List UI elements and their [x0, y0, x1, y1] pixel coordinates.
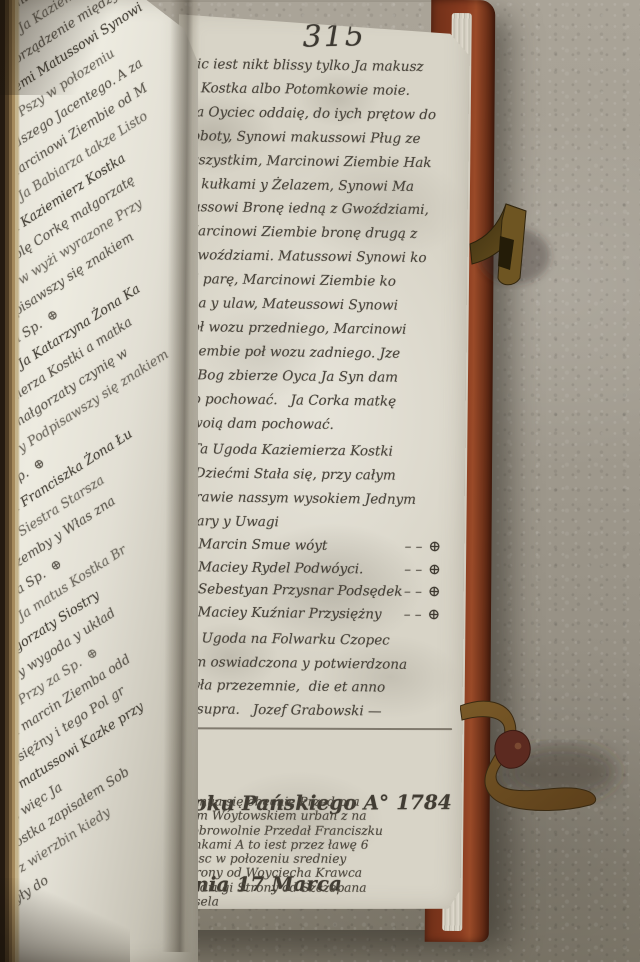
manuscript-line: a z drugi Strony od Szczepana	[179, 880, 453, 895]
manuscript-line: nic iest nikt blissy tylko Ja makusz	[188, 53, 462, 80]
leather-strap-bottom	[460, 676, 640, 856]
manuscript-line: Stanua się obecnie Przed pra	[179, 794, 453, 809]
witness-name: Maciey Rydel Podwóyci.	[198, 559, 363, 577]
agreement-paragraph: Ta Ugoda Kaziemierza Kostkiz Dziećmi Sta…	[183, 437, 458, 536]
manuscript-line: Ta Ugoda Kaziemierza Kostki	[183, 437, 457, 464]
manuscript-line: szesc w połozeniu sredniey	[179, 852, 453, 867]
witness-signature-mark-icon: ⊕	[428, 582, 448, 600]
witness-separator: – –	[363, 561, 428, 578]
manuscript-line: poł wozu przedniego, Marcinowi	[183, 316, 459, 343]
manuscript-line: wem Wóytowskiem urban z na	[179, 809, 453, 824]
manuscript-line: tussowi Bronę iedną z Gwoździami,	[186, 197, 460, 224]
manuscript-line: Marcinowi Ziembie bronę drugą z	[184, 220, 460, 247]
manuscript-line: ni parę, Marcinowi Ziembie ko	[186, 268, 460, 295]
manuscript-line: Prawie nassym wysokiem Jednym	[186, 485, 457, 512]
left-page: ańskiego 1784Dnia 15go StyczniaJa Kaziem…	[0, 0, 198, 962]
binding-edge	[0, 0, 20, 962]
divider-line	[176, 727, 452, 730]
sale-paragraph: Stanua się obecnie Przed prawem Wóytowsk…	[179, 794, 453, 909]
witness-row: Maciey Kuźniar Przysiężny– –⊕	[197, 602, 447, 628]
manuscript-line: Denkami A to iest przez ławę 6	[177, 837, 453, 852]
witness-row: Marcin Smue wóyt– –⊕	[198, 534, 448, 560]
witness-signature-mark-icon: ⊕	[428, 560, 448, 578]
manuscript-line: ut supra. Jozef Grabowski —	[178, 698, 454, 725]
left-page-text: ańskiego 1784Dnia 15go StyczniaJa Kaziem…	[0, 0, 198, 928]
witness-separator: – –	[327, 538, 428, 555]
witness-row: Sebestyan Przysnar Podsędek– –⊕	[198, 579, 448, 605]
manuscript-line: z kułkami y Żelazem, Synowi Ma	[190, 173, 461, 200]
witness-name: Sebestyan Przysnar Podsędek	[198, 581, 403, 599]
manuscript-line: wesela	[177, 895, 453, 910]
manuscript-line: wiary y Uwagi	[181, 509, 457, 536]
manuscript-line: była przezemnie, die et anno	[184, 674, 455, 701]
manuscript-photo: 315 nic iest nikt blissy tylko Ja makusz…	[0, 0, 640, 962]
manuscript-line: li Bog zbierze Oyca Ja Syn dam	[184, 364, 458, 391]
body-paragraph: nic iest nikt blissy tylko Ja makusz Kos…	[184, 53, 463, 439]
manuscript-line: roboty, Synowi makussowi Pług ze	[185, 125, 461, 152]
right-page: 315 nic iest nikt blissy tylko Ja makusz…	[168, 7, 471, 913]
manuscript-line: nia y ulaw, Mateussowi Synowi	[185, 292, 459, 319]
confirmation-paragraph: Ta Ugoda na Folwarku Czopeckim oswiadczo…	[180, 627, 455, 724]
manuscript-line: wszystkim, Marcinowi Ziembie Hak	[187, 149, 461, 176]
manuscript-line: Ja Oyciec oddaię, do iych prętow do	[191, 101, 462, 128]
witness-list: Marcin Smue wóyt– –⊕Maciey Rydel Podwóyc…	[197, 534, 448, 627]
manuscript-line: Dobrowolnie Przedał Franciszku	[182, 823, 453, 838]
witness-row: Maciey Rydel Podwóyci.– –⊕	[198, 557, 448, 583]
witness-signature-mark-icon: ⊕	[428, 537, 448, 555]
manuscript-line: Jo pochować. Ja Corka matkę	[187, 388, 458, 415]
witness-separator: – –	[382, 606, 428, 623]
witness-name: Maciey Kuźniar Przysiężny	[198, 604, 382, 622]
manuscript-line: Ziembie poł wozu zadniego. Jze	[185, 340, 459, 367]
witness-signature-mark-icon: ⊕	[427, 605, 447, 623]
witness-name: Marcin Smue wóyt	[198, 536, 327, 554]
manuscript-line: Ta Ugoda na Folwarku Czopec	[181, 627, 455, 654]
witness-separator: – –	[402, 584, 428, 600]
manuscript-line: Swoią dam pochować.	[182, 412, 458, 439]
manuscript-line: Strony od Woyciecha Krawca	[182, 866, 453, 881]
manuscript-line: Kostka albo Potomkowie moie.	[188, 77, 462, 104]
manuscript-line: gwoździami. Matussowi Synowi ko	[189, 244, 460, 271]
manuscript-line: kim oswiadczona y potwierdzona	[181, 651, 455, 678]
leather-strap-top	[468, 184, 578, 304]
manuscript-line: z Dziećmi Stała się, przy całym	[183, 461, 457, 488]
